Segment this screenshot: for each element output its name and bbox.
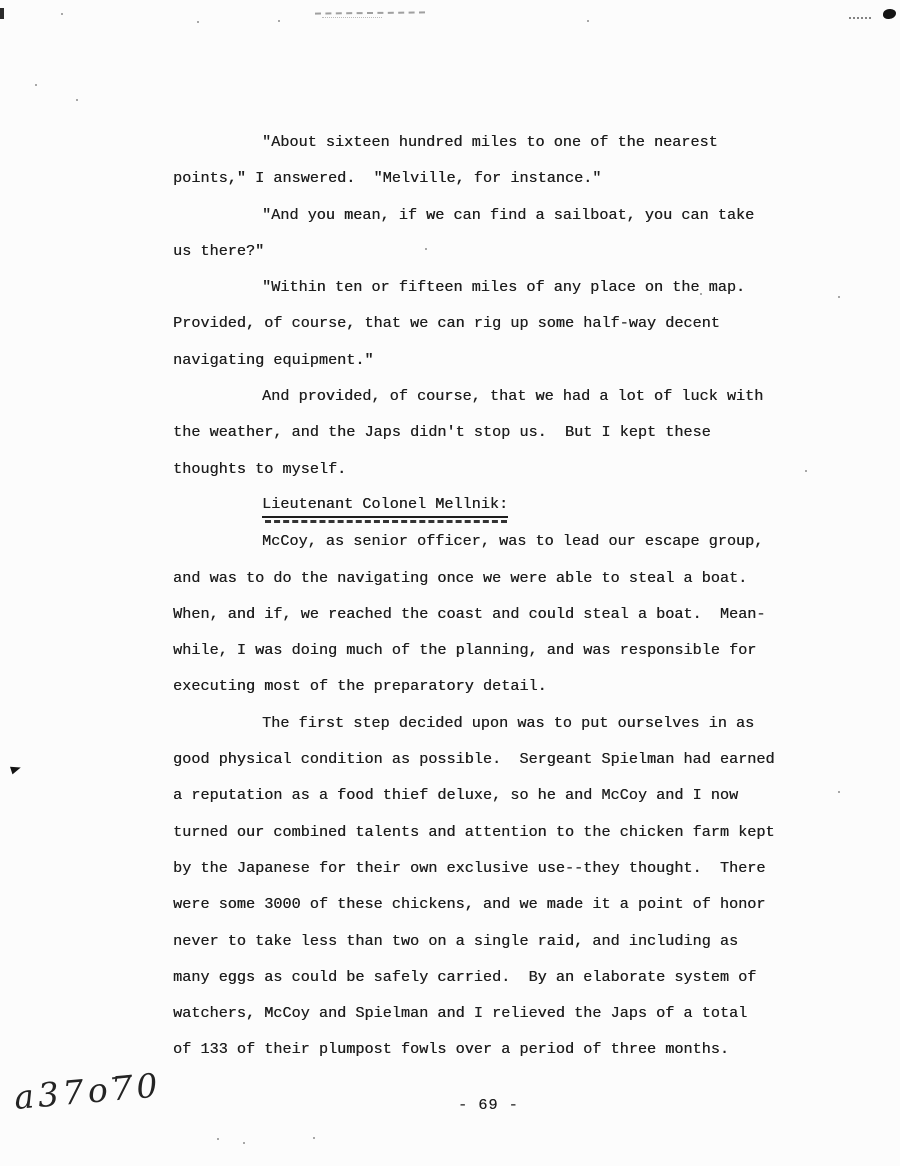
page-number: - 69 -	[458, 1096, 519, 1114]
text-line: points," I answered. "Melville, for inst…	[173, 160, 833, 196]
text-line: and was to do the navigating once we wer…	[173, 560, 833, 596]
text-line: When, and if, we reached the coast and c…	[173, 596, 833, 632]
scan-speck	[587, 20, 589, 22]
text-line: watchers, McCoy and Spielman and I relie…	[173, 995, 833, 1031]
text-line: "Within ten or fifteen miles of any plac…	[173, 269, 833, 305]
scan-speck	[838, 296, 840, 298]
scan-speck	[838, 791, 840, 793]
text-line: And provided, of course, that we had a l…	[173, 378, 833, 414]
document-page: "About sixteen hundred miles to one of t…	[0, 0, 900, 1166]
scan-speck	[76, 99, 78, 101]
text-line: many eggs as could be safely carried. By…	[173, 959, 833, 995]
text-line: The first step decided upon was to put o…	[173, 705, 833, 741]
scan-speck	[61, 13, 63, 15]
ink-dots	[849, 13, 871, 19]
text-line: executing most of the preparatory detail…	[173, 668, 833, 704]
edge-mark	[0, 8, 4, 19]
scan-speck	[243, 1142, 245, 1144]
scan-speck	[197, 21, 199, 23]
text-line: navigating equipment."	[173, 342, 833, 378]
document-body: "About sixteen hundred miles to one of t…	[173, 124, 833, 1068]
text-line: thoughts to myself.	[173, 451, 833, 487]
text-line: Provided, of course, that we can rig up …	[173, 305, 833, 341]
text-line: a reputation as a food thief deluxe, so …	[173, 777, 833, 813]
section-heading: Lieutenant Colonel Mellnik:	[173, 487, 833, 523]
text-line: of 133 of their plumpost fowls over a pe…	[173, 1031, 833, 1067]
text-line: us there?"	[173, 233, 833, 269]
text-line: McCoy, as senior officer, was to lead ou…	[173, 523, 833, 559]
scan-speck	[35, 84, 37, 86]
ink-blot	[883, 9, 896, 19]
text-line: "And you mean, if we can find a sailboat…	[173, 197, 833, 233]
text-line: while, I was doing much of the planning,…	[173, 632, 833, 668]
scan-speck	[313, 1137, 315, 1139]
text-line: the weather, and the Japs didn't stop us…	[173, 414, 833, 450]
scan-speck	[217, 1138, 219, 1140]
margin-arrow-mark	[10, 764, 22, 775]
text-line: by the Japanese for their own exclusive …	[173, 850, 833, 886]
text-line: good physical condition as possible. Ser…	[173, 741, 833, 777]
text-line: "About sixteen hundred miles to one of t…	[173, 124, 833, 160]
text-line: were some 3000 of these chickens, and we…	[173, 886, 833, 922]
text-line: turned our combined talents and attentio…	[173, 814, 833, 850]
section-heading-text: Lieutenant Colonel Mellnik:	[262, 492, 508, 518]
scan-speck	[278, 20, 280, 22]
text-line: never to take less than two on a single …	[173, 923, 833, 959]
scan-smudge-top-2	[322, 17, 382, 18]
handwritten-note: a37o70	[13, 1065, 163, 1117]
scan-smudge-top	[315, 11, 425, 14]
